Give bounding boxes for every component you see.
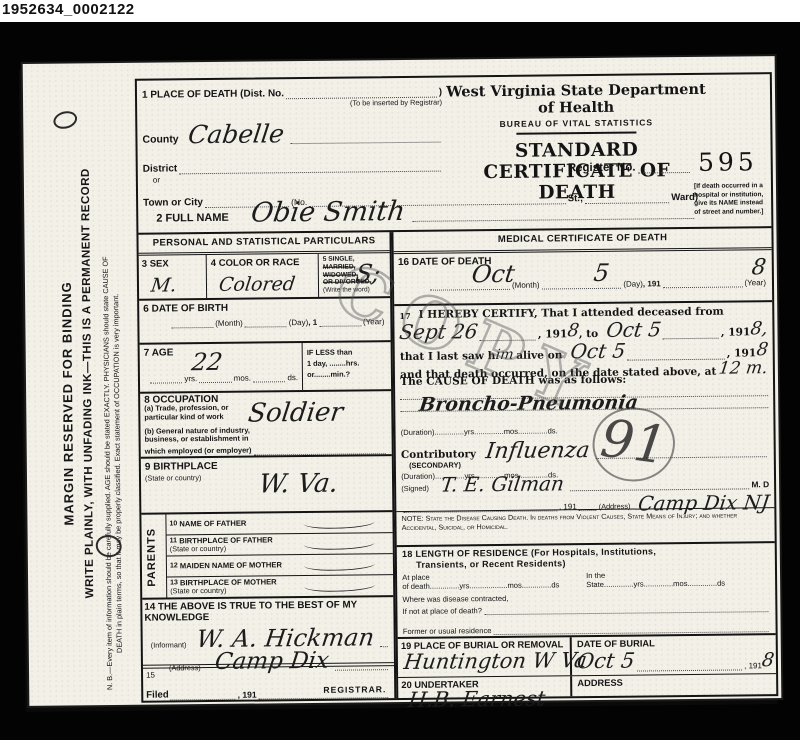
dob-month-blank (171, 316, 213, 328)
filed-number: 15 (146, 671, 155, 680)
dob-year-pre: , 1 (308, 317, 317, 326)
undertaker-row: 20 UNDERTAKER H.B. Earnest ADDRESS (398, 673, 776, 698)
father-name-number: 10 (169, 520, 177, 527)
ink-circle-mark (51, 109, 79, 132)
signed-address-label: (Address) (599, 502, 631, 511)
date-of-burial-cell: DATE OF BURIAL Oct 5 , 191 8 (572, 635, 776, 675)
margin-binding-text: MARGIN RESERVED FOR BINDING (59, 253, 77, 553)
full-name-blank (412, 207, 694, 222)
dod-year-blank (663, 275, 743, 288)
file-label-strip: 1952634_0002122 (0, 0, 800, 22)
undertaker-value-handwriting: H.B. Earnest (407, 689, 547, 711)
bureau-subtitle: BUREAU OF VITAL STATISTICS (442, 117, 710, 130)
burial-row: 19 PLACE OF BURIAL OR REMOVAL Huntington… (398, 633, 776, 677)
father-birth-note: (State or country) (170, 544, 226, 554)
dob-day-blank (245, 315, 287, 327)
md-label: M. D (751, 479, 769, 489)
occupation-value-handwriting: Soldier (247, 399, 345, 426)
state-header: West Virginia State Department of Health… (442, 81, 711, 205)
birthplace-note: (State or country) (145, 473, 201, 483)
register-number-row: Register No. 595 (568, 152, 758, 174)
burial-year-handwriting: 8 (761, 651, 776, 670)
contributory-label: Contributory (401, 448, 476, 461)
signed-year-label: , 191 (559, 502, 577, 511)
if-less-line3: or........min.? (307, 369, 350, 378)
dob-day-note: (Day) (289, 318, 309, 327)
father-birth-dash-handwriting (304, 542, 375, 551)
if-less-line2: 1 day, ........hrs. (307, 358, 360, 368)
place-of-burial-cell: 19 PLACE OF BURIAL OR REMOVAL Huntington… (398, 637, 572, 677)
dob-label: 6 DATE OF BIRTH (143, 303, 228, 315)
or-label: or (153, 173, 443, 185)
top-section: 1 PLACE OF DEATH (Dist. No. ) (To be ins… (137, 74, 772, 235)
undertaker-address-label: ADDRESS (577, 678, 623, 688)
color-race-cell: 4 COLOR OR RACE Colored (207, 254, 319, 298)
mother-birth-number: 13 (170, 579, 178, 586)
cause-duration-line: (Duration)..............yrs.............… (401, 426, 558, 437)
age-yrs-label: yrs. (184, 374, 197, 383)
parents-vertical-label-cell: PARENTS (141, 514, 167, 597)
informant-blank (380, 635, 388, 647)
occupation-a-line2: particular kind of work (144, 412, 223, 422)
truth-statement: 14 THE ABOVE IS TRUE TO THE BEST OF MY K… (144, 599, 357, 623)
residence-at-place: At place of death..............yrs......… (402, 571, 586, 591)
dob-month-note: (Month) (215, 318, 243, 327)
state-line: State..............yrs..............mos.… (586, 578, 770, 589)
parents-block: PARENTS 10 NAME OF FATHER 11 BIRTHPLACE … (141, 512, 393, 600)
of-death-line: of death..............yrs...............… (402, 580, 586, 591)
burial-year-pre: , 191 (744, 661, 762, 670)
contributory-block: Contributory Influenza (SECONDARY) (Dura… (396, 438, 774, 475)
filed-year-label: , 191 (237, 690, 256, 700)
circled-91-value: 91 (597, 409, 670, 477)
if-less-line1: IF LESS than (307, 347, 353, 356)
dod-day-blank (541, 277, 621, 290)
age-main-cell: 7 AGE 22 yrs. mos. ds. (140, 343, 303, 392)
signed-date-blank (403, 499, 557, 513)
mother-birth-note: (State or country) (170, 586, 226, 596)
dod-month-note: (Month) (512, 281, 540, 290)
contracted-blank (484, 600, 769, 615)
age-row: 7 AGE 22 yrs. mos. ds. (140, 342, 392, 394)
father-name-label: NAME OF FATHER (179, 519, 246, 529)
mother-birthplace-row: 13 BIRTHPLACE OF MOTHER(State or country… (167, 575, 393, 597)
birthplace-label: 9 BIRTHPLACE (145, 461, 218, 473)
mother-name-row: 12 MAIDEN NAME OF MOTHER (167, 554, 393, 577)
to-blank (663, 327, 719, 340)
contracted-line2: If not at place of death? (403, 606, 482, 616)
burial-value-handwriting: Huntington W Va (403, 650, 589, 673)
age-ds-label: ds. (287, 373, 298, 382)
length-of-residence-block: 18 LENGTH OF RESIDENCE (For Hospitals, I… (397, 541, 776, 637)
undertaker-address-cell: ADDRESS (572, 674, 776, 696)
sex-cell: 3 SEX M. (139, 255, 207, 298)
filed-row: 15 Filed , 191 REGISTRAR. (143, 666, 394, 701)
former-residence-label: Former or usual residence (403, 626, 492, 636)
parents-label: PARENTS (145, 521, 158, 595)
full-name-handwriting: Obie Smith (249, 198, 406, 227)
mother-name-label: MAIDEN NAME OF MOTHER (180, 560, 282, 570)
dod-year-pre: , 191 (643, 279, 661, 288)
age-ds-blank (253, 370, 286, 382)
signed-value-handwriting: T. E. Gilman (440, 473, 566, 494)
filed-blank (171, 688, 236, 701)
father-birth-number: 11 (170, 537, 177, 544)
registrar-label: REGISTRAR. (323, 684, 386, 695)
scan-background: 1952634_0002122 MARGIN RESERVED FOR BIND… (0, 0, 800, 740)
place-of-death-block: 1 PLACE OF DEATH (Dist. No. ) (To be ins… (142, 86, 443, 209)
mother-name-dash-handwriting (304, 563, 375, 572)
county-label: County (142, 133, 178, 145)
father-birthplace-row: 11 BIRTHPLACE OF FATHER(State or country… (167, 533, 393, 556)
hospital-note: [If death occurred in a hospital or inst… (694, 182, 768, 217)
residence-in-state: In the State..............yrs...........… (586, 569, 770, 589)
age-mos-blank (199, 371, 232, 383)
signed-address-handwriting: Camp Dix NJ (637, 492, 771, 513)
register-value: 595 (698, 152, 758, 173)
marital-number: 5 (323, 256, 327, 263)
contributory-value-handwriting: Influenza (485, 440, 591, 463)
signed-label: (Signed) (401, 484, 429, 493)
district-label: District (143, 163, 178, 174)
dod-day-note: (Day) (623, 279, 643, 288)
department-title: West Virginia State Department of Health (442, 81, 710, 118)
alive-blank (627, 348, 725, 361)
filed-label: Filed (146, 689, 169, 700)
margin-nb-text: N. B.—Every item of information should b… (100, 228, 125, 718)
occupation-b-line3: which employed (or employer) (145, 447, 252, 457)
margin-write-plainly-text: WRITE PLAINLY, WITH UNFADING INK—THIS IS… (80, 148, 97, 618)
informant-block: 14 THE ABOVE IS TRUE TO THE BEST OF MY K… (142, 597, 394, 669)
sex-label: 3 SEX (142, 259, 169, 270)
signed-blank (570, 477, 750, 491)
birthplace-value-handwriting: W. Va. (257, 470, 339, 497)
place-of-death-label: 1 PLACE OF DEATH (Dist. No. (142, 88, 284, 100)
birthplace-row: 9 BIRTHPLACE (State or country) W. Va. (141, 456, 393, 515)
color-race-value-handwriting: Colored (218, 275, 296, 295)
sex-value-handwriting: M. (150, 276, 178, 295)
father-name-dash-handwriting (303, 521, 374, 530)
burial-date-handwriting: Oct 5 (576, 651, 636, 673)
certificate-form: 1 PLACE OF DEATH (Dist. No. ) (To be ins… (135, 72, 778, 703)
to-year-pre: , 191 (721, 326, 751, 338)
color-race-label: 4 COLOR OR RACE (211, 258, 300, 270)
mother-birth-dash-handwriting (304, 584, 375, 593)
mother-name-number: 12 (170, 562, 178, 569)
county-value-handwriting: Cabelle (187, 121, 286, 147)
full-name-row: 2 FULL NAME Obie Smith (156, 195, 696, 225)
certificate-page: MARGIN RESERVED FOR BINDING WRITE PLAINL… (23, 56, 782, 706)
age-mos-label: mos. (234, 373, 251, 382)
burial-date-blank (637, 658, 743, 671)
dod-year-note: (Year) (744, 278, 766, 287)
if-less-than-cell: IF LESS than 1 day, ........hrs. or.....… (302, 342, 391, 390)
to-year-handwriting: 8, (749, 320, 769, 338)
county-blank (290, 131, 440, 145)
informant-label: (Informant) (151, 640, 187, 649)
register-label: Register No. (568, 162, 636, 175)
age-label: 7 AGE (144, 347, 174, 358)
from-year-handwriting: 8 (566, 322, 580, 340)
signed-year-blank (579, 499, 597, 511)
occupation-b-line2: business, or establishment in (145, 434, 249, 444)
header-rule (516, 132, 636, 135)
father-name-row: 10 NAME OF FATHER (166, 512, 392, 535)
burial-date-label: DATE OF BURIAL (577, 638, 655, 649)
alive-year-handwriting: 8 (755, 341, 769, 359)
register-blank (637, 161, 690, 174)
occupation-b-blank (253, 442, 385, 455)
signed-block: (Signed) T. E. Gilman M. D , 191 (Addres… (396, 471, 774, 511)
undertaker-cell: 20 UNDERTAKER H.B. Earnest (398, 676, 572, 698)
attended-to-handwriting: Oct 5 (605, 319, 662, 340)
occupation-row: 8 OCCUPATION (a) Trade, profession, or p… (140, 391, 392, 459)
full-name-label: 2 FULL NAME (156, 212, 229, 225)
file-label: 1952634_0002122 (2, 1, 135, 18)
age-yrs-blank (150, 371, 183, 383)
